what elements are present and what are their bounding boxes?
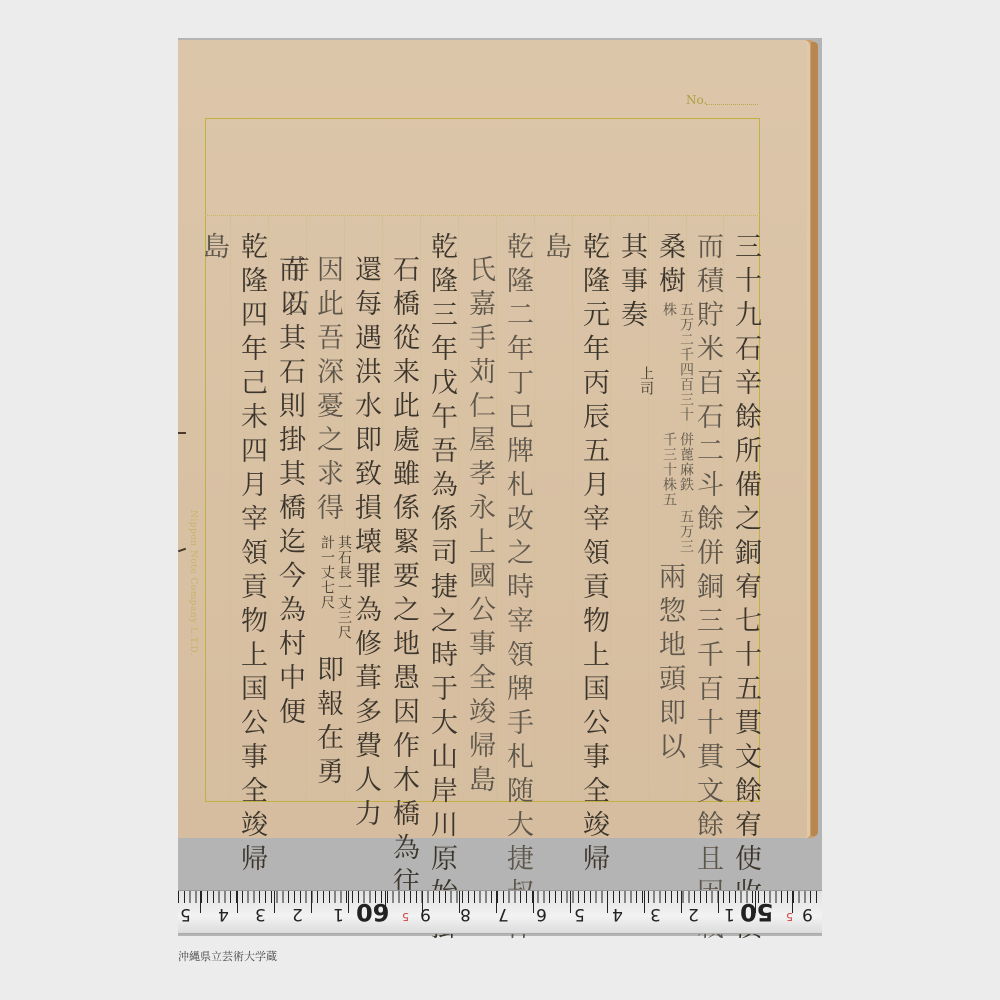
ruler-label: 9	[420, 903, 431, 925]
column-12-main: 因此吾深憂之求得芋石	[310, 255, 344, 535]
ruler-label: 4	[612, 903, 623, 925]
manufacturer-stamp: Nippon Note Company L.T.D.	[188, 510, 198, 656]
ruler-label-major: 50	[740, 901, 773, 923]
ruler-label: 8	[460, 903, 471, 925]
page-number-field	[706, 104, 758, 105]
page-number-label: No.	[686, 93, 707, 107]
text-column-3: 桑樹 五万二千四百三十株 併蓖麻鉄 五万三千三十株五 兩惣地頭即以	[652, 232, 686, 772]
column-rule	[572, 216, 573, 800]
column-rule	[496, 216, 497, 800]
ruler-label: 7	[498, 903, 509, 925]
column-rule	[344, 216, 345, 800]
text-column-1: 三十九石辛餘所備之銅宥七十五貫文餘宥使收償	[728, 232, 762, 946]
column-rule	[382, 216, 383, 800]
ruler-label: 2	[688, 903, 699, 925]
column-12-tail: 即報在勇	[310, 655, 344, 791]
column-rule	[230, 216, 231, 800]
column-rule	[458, 216, 459, 800]
collection-credit: 沖縄県立芸術大学蔵	[178, 948, 277, 964]
ruler-label: 2	[292, 903, 303, 925]
ruler-label-half: 5	[402, 905, 409, 927]
column-3-subnote2: 併蓖麻鉄 五万三千三十株五	[660, 432, 694, 562]
ruler-label: 4	[218, 903, 229, 925]
header-divider	[205, 215, 760, 216]
column-4-tail: 上司	[620, 366, 654, 396]
text-column-8: 氏嘉手苅仁屋孝永上國公事全竣帰島	[462, 255, 496, 799]
ruler-label: 6	[536, 903, 547, 925]
column-3-tail: 兩惣地頭即以	[652, 562, 686, 772]
text-column-9: 乾隆三年戊午吾為係司捷之時于大山岸川原始掛	[424, 232, 458, 946]
ruler-label-major: 60	[356, 901, 389, 923]
column-4-main: 其事奏	[614, 232, 648, 342]
margin-mark	[178, 432, 186, 434]
text-column-11: 還每遇洪水即致損壊罪為修葺多費人力	[348, 255, 382, 833]
ruler-label: 9	[802, 903, 813, 925]
column-3-subnote: 五万二千四百三十株	[660, 302, 694, 432]
column-rule	[610, 216, 611, 800]
column-3-main: 桑樹	[652, 232, 686, 302]
text-column-12: 因此吾深憂之求得芋石 其石長一丈三尺 計一丈七尺 即報在勇	[310, 255, 344, 791]
column-rule	[648, 216, 649, 800]
column-rule	[420, 216, 421, 800]
ruler-label: 5	[574, 903, 585, 925]
text-column-13: 而以其石則掛其橋迄今為村中便	[272, 255, 306, 731]
ruler-label: 3	[255, 903, 266, 925]
text-column-14: 乾隆四年己未四月宰領貢物上国公事全竣帰	[234, 232, 268, 878]
column-rule	[268, 216, 269, 800]
ruler-label: 1	[724, 903, 735, 925]
ruler-label: 5	[180, 903, 191, 925]
text-column-2: 而積貯米百石二斗餘併銅三千百十貫文餘且因栽	[690, 232, 724, 946]
column-12-subnote: 其石長一丈三尺 計一丈七尺	[318, 535, 352, 655]
measurement-ruler: 5 4 3 2 1 60 5 9 8 7 6 5 4 3 2 1 50 5 9	[178, 890, 822, 934]
text-column-5: 乾隆元年丙辰五月宰領貢物上国公事全竣帰	[576, 232, 610, 878]
column-rule	[534, 216, 535, 800]
text-column-10: 石橋從来此處雖係緊要之地愚因作木橋為往	[386, 255, 420, 901]
ruler-label: 1	[333, 903, 344, 925]
text-column-4: 其事奏 上司	[614, 232, 648, 372]
text-column-15: 島	[196, 232, 230, 266]
page-edge	[811, 42, 818, 836]
ruler-label: 3	[650, 903, 661, 925]
text-column-7: 乾隆二年丁巳牌札改之時宰領牌手札随大捷叔仲	[500, 232, 534, 946]
text-column-6: 島	[538, 232, 572, 266]
